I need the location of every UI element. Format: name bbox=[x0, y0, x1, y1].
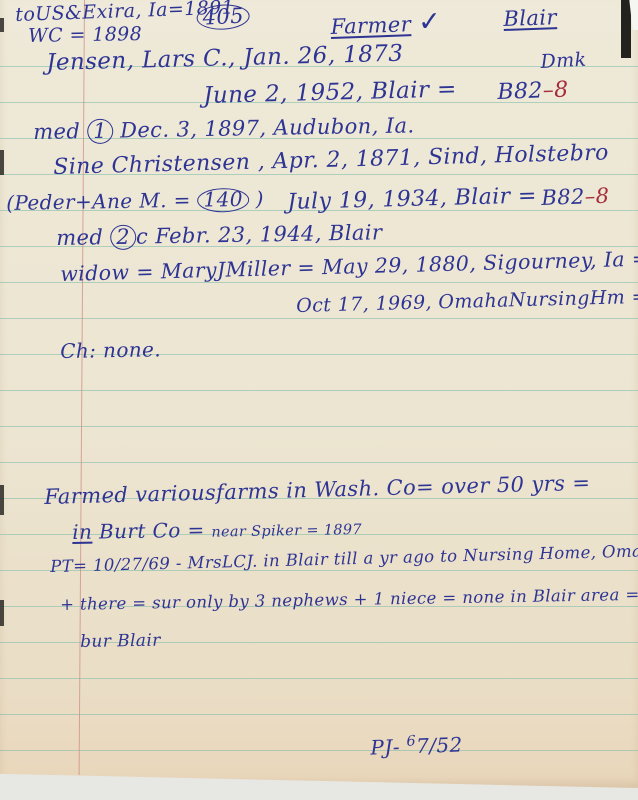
paper-edge-tear bbox=[0, 485, 4, 515]
handwriting-segment: Blair bbox=[503, 5, 557, 31]
ruled-line bbox=[0, 390, 638, 391]
handwriting-segment: WC = 1898 bbox=[28, 23, 142, 47]
handwriting-segment: med bbox=[56, 225, 110, 250]
ruled-line bbox=[0, 318, 638, 319]
handwriting-segment: Dec. 3, 1897, Audubon, Ia. bbox=[113, 113, 415, 142]
residence: Blair bbox=[503, 5, 557, 31]
scan-edge-dark bbox=[621, 0, 631, 58]
ruled-line bbox=[0, 750, 638, 751]
ruled-line bbox=[0, 678, 638, 679]
page-number: 405 bbox=[196, 3, 251, 31]
ruled-line bbox=[0, 714, 638, 715]
researcher-date: PJ- 67/52 bbox=[370, 732, 463, 760]
circled-number: 2 bbox=[110, 225, 136, 250]
red-ink-segment: –8 bbox=[542, 78, 569, 104]
scanned-document: toUS&Exira, Ia=1891WC = 1898405Farmer ✓B… bbox=[0, 0, 638, 800]
children: Ch: none. bbox=[60, 338, 161, 363]
handwriting-segment: Ch: none. bbox=[60, 337, 161, 363]
birth-country: Dmk bbox=[540, 50, 587, 74]
handwriting-segment: Dmk bbox=[540, 49, 587, 73]
circled-number: 1 bbox=[87, 119, 113, 144]
circled-number: 405 bbox=[196, 3, 251, 31]
occupation: Farmer ✓ bbox=[330, 6, 442, 41]
handwriting-segment: near Spiker = 1897 bbox=[211, 522, 362, 541]
handwriting-segment: Farmer bbox=[330, 12, 411, 39]
handwriting-segment: med bbox=[33, 119, 87, 144]
handwriting-segment: Burt Co = bbox=[92, 518, 212, 544]
handwriting-segment: bur Blair bbox=[80, 631, 161, 652]
note-wc-year: WC = 1898 bbox=[28, 24, 142, 48]
handwriting-segment: c Febr. 23, 1944, Blair bbox=[136, 220, 383, 248]
handwriting-segment: B82 bbox=[497, 78, 543, 105]
handwriting-segment: B82 bbox=[541, 184, 585, 209]
paper-edge-tear bbox=[0, 18, 4, 32]
handwriting-segment: 7/52 bbox=[416, 732, 463, 758]
handwriting-segment: (Peder+Ane M. = bbox=[6, 188, 198, 215]
checkmark-icon: ✓ bbox=[418, 6, 442, 38]
cemetery-ref-1: B82–8 bbox=[497, 78, 569, 106]
circled-number: 140 bbox=[197, 188, 249, 213]
ruled-line bbox=[0, 426, 638, 427]
handwriting-segment: ) bbox=[249, 187, 264, 211]
burial-note: bur Blair bbox=[80, 632, 161, 653]
paper-edge-tear bbox=[0, 600, 4, 626]
handwriting-segment: in bbox=[72, 520, 92, 544]
ruled-line bbox=[0, 462, 638, 463]
cemetery-ref-2: B82–8 bbox=[541, 184, 610, 211]
red-ink-segment: –8 bbox=[584, 184, 609, 209]
paper-edge-tear bbox=[0, 150, 4, 175]
handwriting-segment: PJ- bbox=[370, 734, 407, 759]
wife-1-parents: (Peder+Ane M. = 140 ) bbox=[6, 188, 264, 216]
handwriting-segment: 6 bbox=[406, 733, 416, 749]
